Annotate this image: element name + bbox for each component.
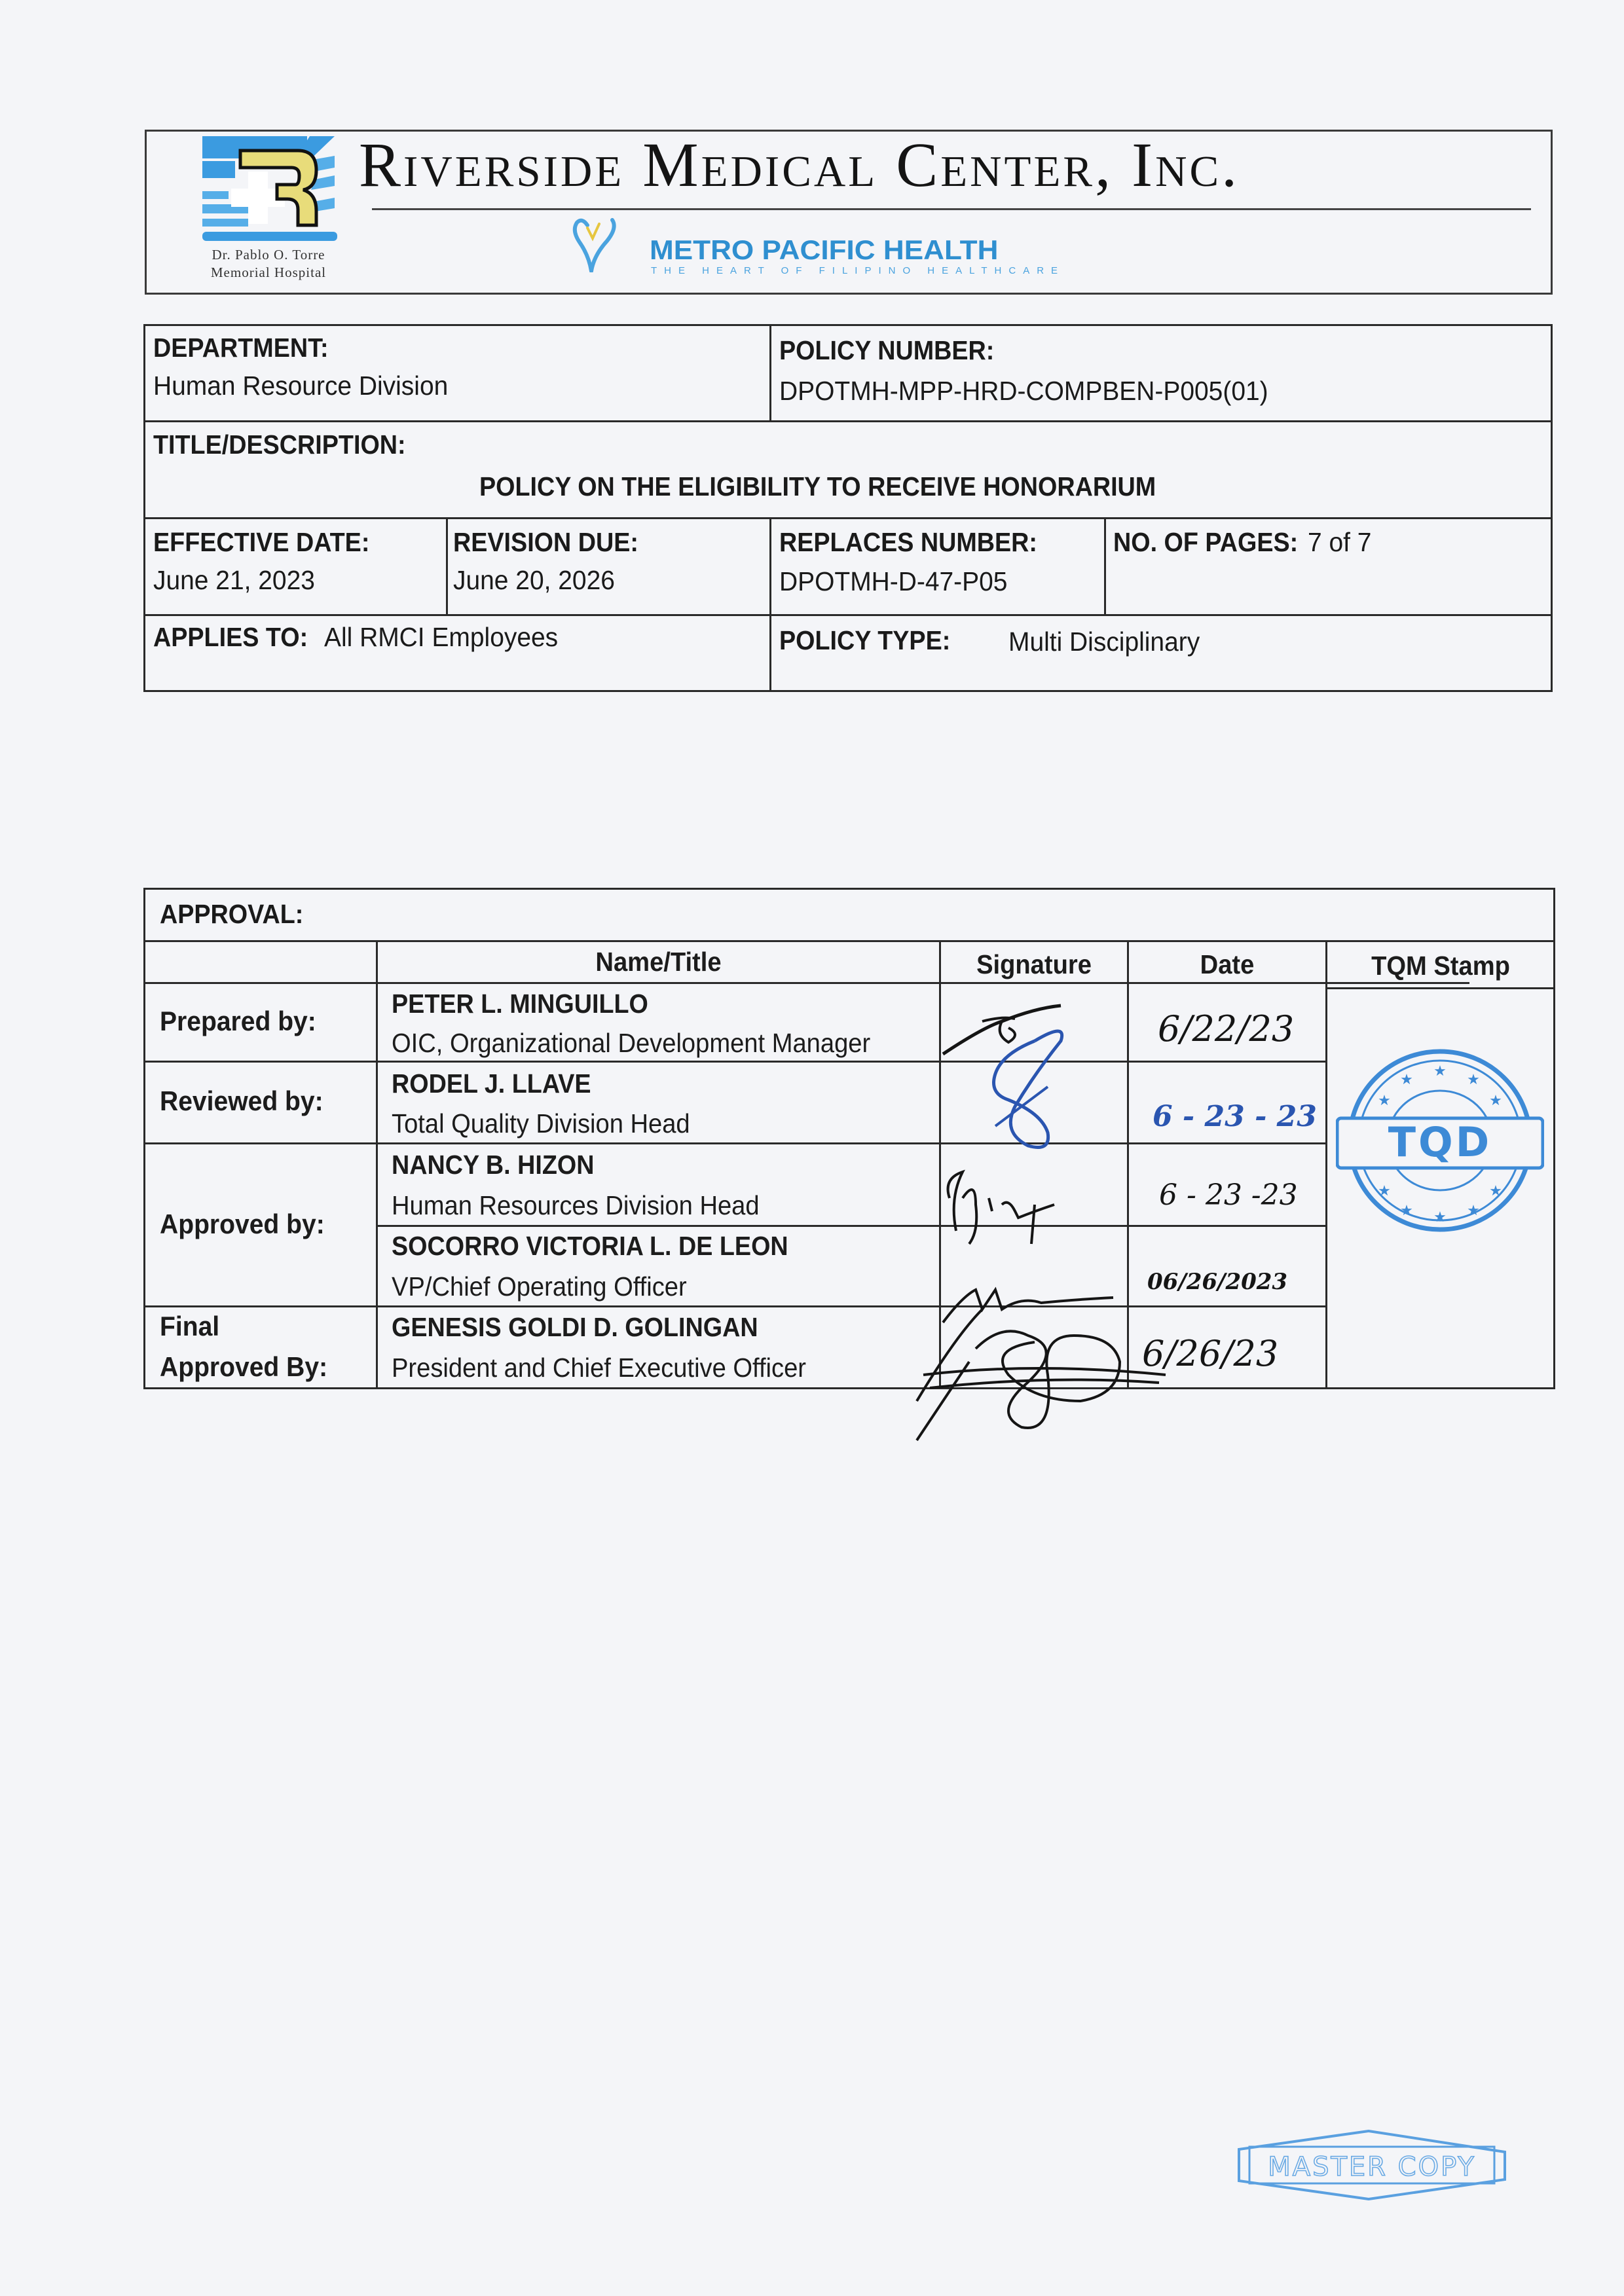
effective-date-value: June 21, 2023 xyxy=(153,565,315,596)
policy-title: POLICY ON THE ELIGIBILITY TO RECEIVE HON… xyxy=(479,471,1156,502)
policy-number-label: POLICY NUMBER: xyxy=(779,335,994,366)
info-col-divider xyxy=(1104,517,1106,615)
applies-to-field: APPLIES TO:All RMCI Employees xyxy=(153,622,570,653)
svg-text:TQD: TQD xyxy=(1388,1118,1492,1166)
department-value: Human Resource Division xyxy=(153,371,448,401)
policy-type-value: Multi Disciplinary xyxy=(1008,627,1200,657)
role-final-line1: Final xyxy=(160,1311,219,1342)
signatory-name: NANCY B. HIZON xyxy=(392,1150,594,1180)
svg-text:★: ★ xyxy=(1433,1063,1447,1080)
hospital-caption-line2: Memorial Hospital xyxy=(177,264,360,282)
svg-text:★: ★ xyxy=(1489,1093,1502,1109)
replaces-number-value: DPOTMH-D-47-P05 xyxy=(779,566,1007,597)
approval-section-label: APPROVAL: xyxy=(160,899,303,930)
approval-row-divider xyxy=(376,1225,1327,1227)
approval-col-divider xyxy=(1325,940,1327,1389)
info-row-divider xyxy=(143,420,1553,422)
signatory-title: VP/Chief Operating Officer xyxy=(392,1271,687,1302)
heart-logo-icon xyxy=(572,216,631,272)
signatory-title: Total Quality Division Head xyxy=(392,1108,690,1139)
role-approved-by: Approved by: xyxy=(160,1209,325,1240)
hospital-r-cross-logo-icon xyxy=(200,134,339,244)
applies-to-value: All RMCI Employees xyxy=(324,622,558,653)
signatory-name: SOCORRO VICTORIA L. DE LEON xyxy=(392,1231,788,1262)
svg-text:MASTER COPY: MASTER COPY xyxy=(1268,2152,1476,2182)
effective-date-label: EFFECTIVE DATE: xyxy=(153,527,369,558)
svg-text:★: ★ xyxy=(1489,1183,1502,1199)
pages-label: NO. OF PAGES: xyxy=(1113,527,1298,558)
replaces-number-label: REPLACES NUMBER: xyxy=(779,527,1037,558)
signed-date: 6 - 23 -23 xyxy=(1159,1178,1298,1212)
approval-row-divider xyxy=(143,982,1469,984)
svg-text:★: ★ xyxy=(1467,1072,1480,1088)
role-final-line2: Approved By: xyxy=(160,1351,327,1383)
approval-row-divider xyxy=(143,940,1555,942)
approval-col-divider xyxy=(376,940,378,1389)
signatory-name: RODEL J. LLAVE xyxy=(392,1068,591,1099)
pages-value: 7 of 7 xyxy=(1308,527,1371,558)
affiliate-tagline: THE HEART OF FILIPINO HEALTHCARE xyxy=(651,265,1065,276)
svg-text:★: ★ xyxy=(1467,1203,1480,1219)
signatory-name: GENESIS GOLDI D. GOLINGAN xyxy=(392,1312,758,1343)
svg-text:★: ★ xyxy=(1400,1072,1413,1088)
department-label: DEPARTMENT: xyxy=(153,333,329,363)
svg-text:★: ★ xyxy=(1400,1203,1413,1219)
signatory-title: Human Resources Division Head xyxy=(392,1190,760,1221)
revision-due-label: REVISION DUE: xyxy=(453,527,638,558)
pages-field: NO. OF PAGES:7 of 7 xyxy=(1113,527,1375,558)
applies-to-label: APPLIES TO: xyxy=(153,622,308,653)
tqd-stamp-icon: ★★★ ★★ ★★ ★★★ TQD xyxy=(1336,1046,1544,1235)
column-header-name-title: Name/Title xyxy=(397,947,919,977)
header-divider xyxy=(372,208,1531,210)
column-header-signature: Signature xyxy=(948,949,1120,980)
policy-number-value: DPOTMH-MPP-HRD-COMPBEN-P005(01) xyxy=(779,376,1268,407)
revision-due-value: June 20, 2026 xyxy=(453,565,615,596)
title-description-label: TITLE/DESCRIPTION: xyxy=(153,429,406,460)
column-header-date: Date xyxy=(1136,949,1319,980)
svg-text:★: ★ xyxy=(1378,1183,1391,1199)
policy-type-label: POLICY TYPE: xyxy=(779,625,950,656)
role-reviewed-by: Reviewed by: xyxy=(160,1085,323,1117)
column-header-tqm-stamp: TQM Stamp xyxy=(1335,951,1546,981)
signatory-name: PETER L. MINGUILLO xyxy=(392,989,648,1019)
info-col-divider xyxy=(769,324,771,421)
approval-row-divider xyxy=(1325,987,1555,989)
svg-text:★: ★ xyxy=(1378,1093,1391,1109)
hospital-caption: Dr. Pablo O. Torre Memorial Hospital xyxy=(177,246,360,282)
organization-name: Riverside Medical Center, Inc. xyxy=(359,128,1240,201)
svg-text:★: ★ xyxy=(1433,1209,1447,1226)
info-col-divider xyxy=(769,517,771,692)
signatory-title: OIC, Organizational Development Manager xyxy=(392,1028,870,1059)
role-prepared-by: Prepared by: xyxy=(160,1006,316,1037)
hospital-caption-line1: Dr. Pablo O. Torre xyxy=(177,246,360,264)
affiliate-name: METRO PACIFIC HEALTH xyxy=(650,234,998,266)
info-row-divider xyxy=(143,614,1553,616)
signature-scribbles xyxy=(904,982,1179,1453)
info-col-divider xyxy=(446,517,448,615)
master-copy-stamp-icon: MASTER COPY xyxy=(1238,2130,1506,2200)
info-row-divider xyxy=(143,517,1553,519)
signatory-title: President and Chief Executive Officer xyxy=(392,1353,806,1383)
